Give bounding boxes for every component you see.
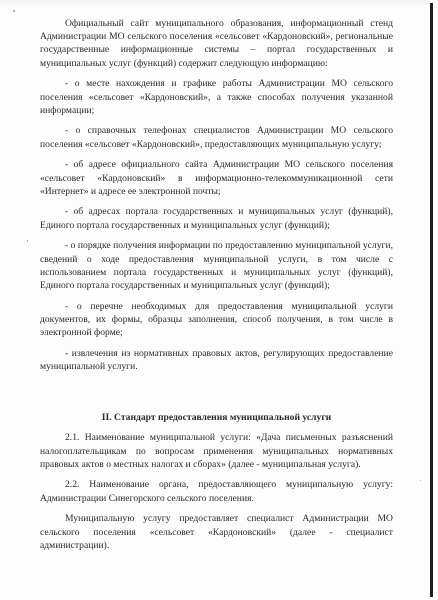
scan-right-edge [430,3,433,597]
list-item: - о перечне необходимых для предоставлен… [40,300,393,340]
list-item: - о порядке получения информации по пред… [40,239,393,292]
list-item: - о месте нахождения и графике работы Ад… [40,77,393,117]
list-item: - о справочных телефонах специалистов Ад… [40,124,393,150]
document-body: Официальный сайт муниципального образова… [40,17,393,560]
scan-speck [13,10,15,12]
list-item: - об адресах портала государственных и м… [40,205,393,231]
scan-speck [420,480,421,481]
list-item: - извлечения из нормативных правовых акт… [40,347,393,373]
scan-speck [27,240,28,242]
section-heading: II. Стандарт предоставления муниципально… [40,411,393,424]
intro-paragraph: Официальный сайт муниципального образова… [40,17,393,70]
section-paragraph: Муниципальную услугу предоставляет специ… [40,512,393,552]
section-paragraph: 2.2. Наименование органа, предоставляюще… [40,478,393,504]
list-item: - об адресе официального сайта Администр… [40,158,393,198]
scan-top-shadow [0,0,430,6]
section-paragraph: 2.1. Наименование муниципальной услуги: … [40,431,393,471]
scanned-page: Официальный сайт муниципального образова… [0,0,438,600]
